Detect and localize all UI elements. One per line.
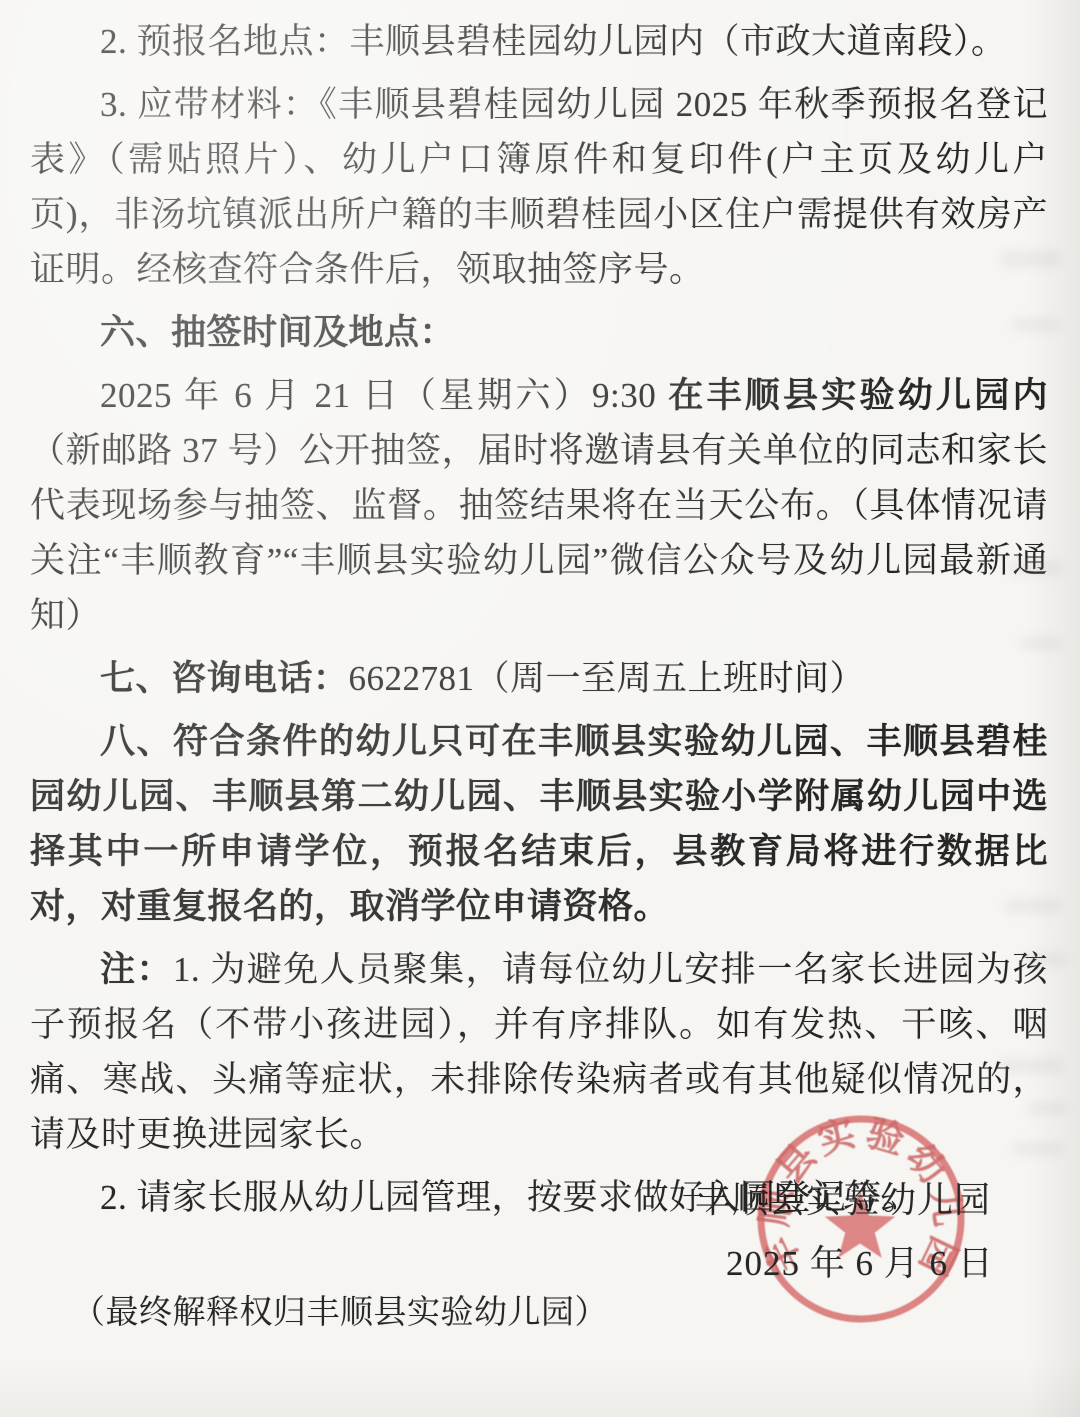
notice-body: 2. 预报名地点：丰顺县碧桂园幼儿园内（市政大道南段）。 3. 应带材料：《丰顺…	[30, 14, 1048, 1233]
para-single-choice-rule: 八、符合条件的幼儿只可在丰顺县实验幼儿园、丰顺县碧桂园幼儿园、丰顺县第二幼儿园、…	[30, 714, 1048, 934]
scanned-notice-page: 2. 预报名地点：丰顺县碧桂园幼儿园内（市政大道南段）。 3. 应带材料：《丰顺…	[0, 0, 1080, 1417]
bold-text-run: 七、咨询电话：	[100, 659, 349, 698]
signature-date: 2025 年 6 月 6 日	[726, 1236, 994, 1286]
footnote-disclaimer: （最终解释权归丰顺县实验幼儿园）	[72, 1286, 608, 1333]
text-run: 6622781（周一至周五上班时间）	[349, 659, 866, 698]
heading-lottery-time-place: 六、抽签时间及地点：	[30, 305, 1048, 360]
bold-text-run: 六、抽签时间及地点：	[100, 313, 455, 352]
para-registration-location: 2. 预报名地点：丰顺县碧桂园幼儿园内（市政大道南段）。	[30, 14, 1048, 69]
text-run: （新邮路 37 号）公开抽签，届时将邀请县有关单位的同志和家长代表现场参与抽签、…	[30, 431, 1048, 635]
text-run: 2025 年 6 月 21 日（星期六）9:30	[100, 376, 668, 415]
para-consultation-phone: 七、咨询电话：6622781（周一至周五上班时间）	[30, 651, 1048, 706]
text-run: 2. 预报名地点：丰顺县碧桂园幼儿园内（市政大道南段）。	[100, 22, 1007, 61]
bold-text-run: 八、符合条件的幼儿只可在丰顺县实验幼儿园、丰顺县碧桂园幼儿园、丰顺县第二幼儿园、…	[30, 722, 1048, 926]
signature-org: 丰顺县实验幼儿园	[695, 1172, 991, 1223]
para-lottery-details: 2025 年 6 月 21 日（星期六）9:30 在丰顺县实验幼儿园内（新邮路 …	[30, 368, 1048, 643]
bold-text-run: 在丰顺县实验幼儿园内	[668, 376, 1048, 415]
text-run: 3. 应带材料：《丰顺县碧桂园幼儿园 2025 年秋季预报名登记表》（需贴照片）…	[30, 85, 1048, 289]
para-required-materials: 3. 应带材料：《丰顺县碧桂园幼儿园 2025 年秋季预报名登记表》（需贴照片）…	[30, 77, 1048, 297]
bold-text-run: 注：	[100, 950, 173, 989]
